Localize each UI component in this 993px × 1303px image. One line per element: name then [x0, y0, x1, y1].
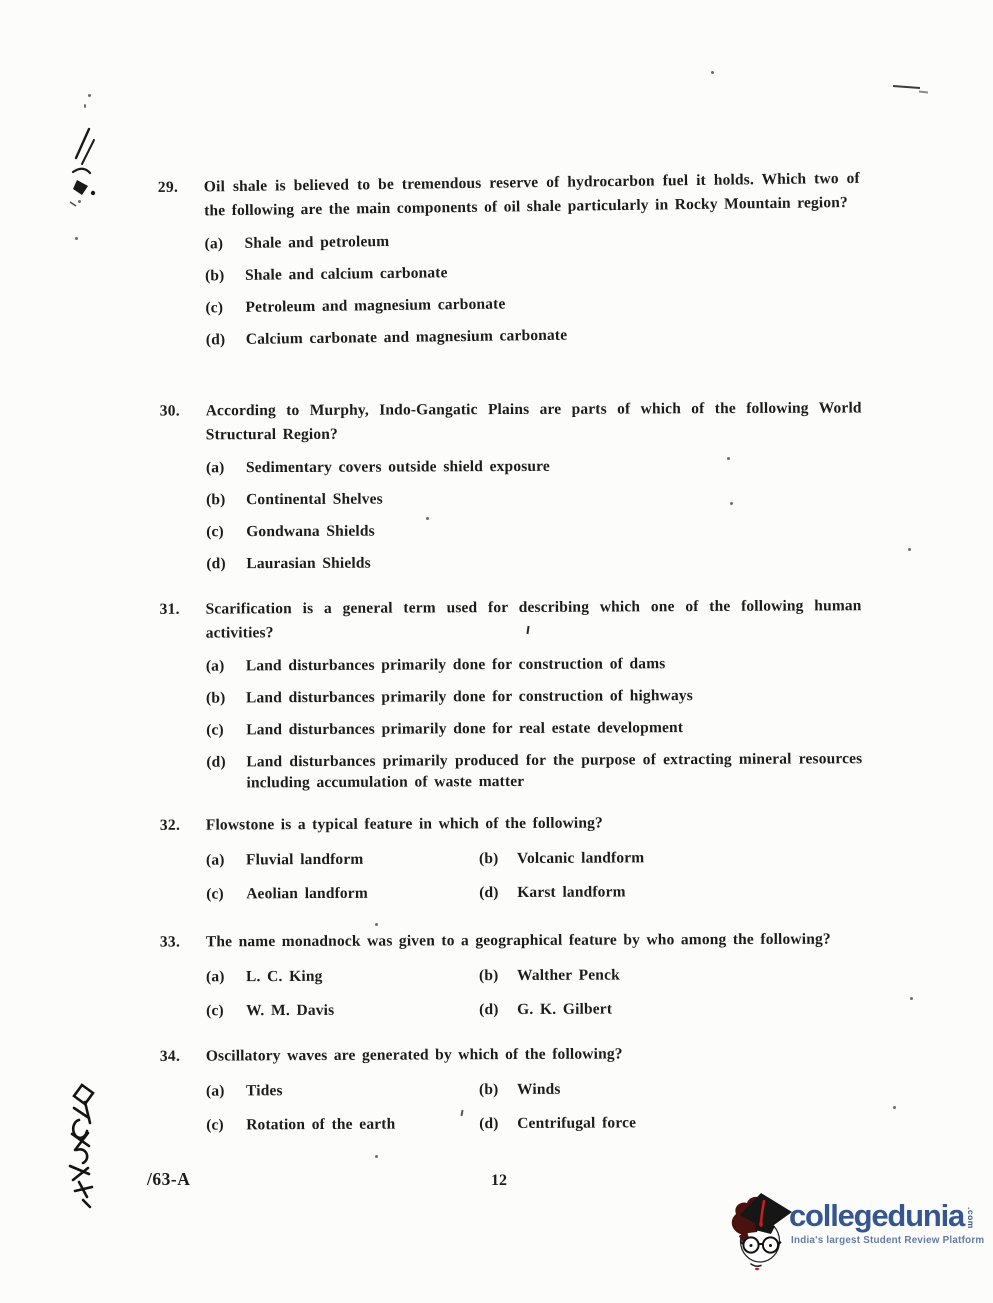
options-list: (a) Shale and petroleum (b) Shale and ca…: [204, 225, 861, 351]
option-text: Land disturbances primarily done for con…: [246, 652, 862, 676]
option-b-text: Walther Penck: [517, 964, 862, 986]
options-grid: (a) Tides (b) Winds (c) Rotation of the …: [206, 1078, 862, 1135]
option-text: Calcium carbonate and magnesium carbonat…: [246, 321, 862, 350]
option-b-text: Winds: [517, 1078, 862, 1100]
option-c: (c) Petroleum and magnesium carbonate: [205, 289, 861, 319]
question-text: Oscillatory waves are generated by which…: [206, 1041, 862, 1068]
ink-smudge-top-left: [62, 122, 114, 210]
option-b-label: (b): [479, 1079, 517, 1099]
question-text: Oil shale is believed to be tremendous r…: [204, 167, 861, 223]
question-number: 31.: [159, 598, 206, 794]
pen-dash-top-right: [893, 85, 920, 89]
question-34: 34. Oscillatory waves are generated by w…: [160, 1041, 862, 1135]
option-c: (c) Land disturbances primarily done for…: [206, 716, 862, 740]
pen-dash-tail: [919, 91, 928, 93]
option-text: Land disturbances primarily done for con…: [246, 684, 862, 708]
collegedunia-logo: collegedunia .com India's largest Studen…: [727, 1192, 991, 1280]
scan-speck: [893, 1106, 896, 1109]
question-number: 30.: [160, 399, 207, 574]
option-b: (b) Land disturbances primarily done for…: [206, 684, 862, 708]
option-a-label: (a): [206, 1081, 246, 1101]
handwriting-scribble-bottom-left: [52, 1078, 118, 1212]
option-text: Shale and petroleum: [244, 225, 860, 254]
option-d: (d) Laurasian Shields: [206, 550, 862, 574]
option-label: (b): [206, 489, 246, 510]
option-d-text: Karst landform: [517, 881, 862, 903]
option-d: (d) Calcium carbonate and magnesium carb…: [206, 321, 862, 351]
option-a-text: Fluvial landform: [246, 849, 479, 870]
option-a-text: Tides: [246, 1080, 479, 1101]
scan-speck: [84, 104, 86, 108]
scanned-exam-page: 29. Oil shale is believed to be tremendo…: [0, 0, 993, 1303]
options-list: (a) Land disturbances primarily done for…: [206, 652, 863, 793]
scan-speck: [375, 1155, 378, 1158]
option-text: Shale and calcium carbonate: [245, 257, 861, 286]
option-d-label: (d): [479, 882, 517, 902]
brand-tld: .com: [966, 1207, 976, 1229]
option-b: (b) Continental Shelves: [206, 486, 862, 510]
question-body: According to Murphy, Indo-Gangatic Plain…: [206, 396, 863, 574]
scan-speck: [375, 923, 378, 926]
question-31: 31. Scarification is a general term used…: [159, 594, 862, 794]
question-text: Scarification is a general term used for…: [205, 594, 861, 644]
logo-text: collegedunia .com India's largest Studen…: [789, 1200, 984, 1246]
option-c-label: (c): [206, 1001, 246, 1021]
option-label: (d): [206, 751, 246, 793]
scan-speck: [910, 997, 913, 1000]
question-number: 34.: [160, 1045, 206, 1136]
scan-speck: [730, 502, 733, 505]
option-d-label: (d): [479, 999, 517, 1019]
option-label: (c): [205, 297, 245, 319]
option-c-label: (c): [206, 884, 246, 904]
question-29: 29. Oil shale is believed to be tremendo…: [158, 167, 862, 351]
option-a: (a) Shale and petroleum: [204, 225, 860, 255]
option-a-text: L. C. King: [246, 966, 479, 987]
scan-speck: [78, 200, 81, 203]
question-body: The name monadnock was given to a geogra…: [206, 927, 862, 1020]
option-text: Laurasian Shields: [246, 550, 862, 574]
option-text: Continental Shelves: [246, 486, 862, 510]
question-30: 30. According to Murphy, Indo-Gangatic P…: [160, 396, 863, 574]
option-label: (a): [206, 655, 246, 676]
question-text: According to Murphy, Indo-Gangatic Plain…: [206, 396, 862, 446]
scan-speck: [426, 517, 429, 520]
option-text: Land disturbances primarily done for rea…: [246, 716, 862, 740]
option-label: (a): [204, 233, 244, 255]
option-d: (d) Land disturbances primarily produced…: [206, 748, 862, 793]
question-number: 33.: [160, 930, 206, 1021]
scan-speck: [88, 94, 91, 97]
option-c-text: Aeolian landform: [246, 883, 479, 904]
option-c-label: (c): [206, 1115, 246, 1135]
option-d-label: (d): [479, 1113, 517, 1133]
option-b-label: (b): [479, 848, 517, 868]
question-body: Flowstone is a typical feature in which …: [206, 810, 862, 904]
scan-speck: [75, 237, 78, 240]
option-c-text: W. M. Davis: [246, 1000, 479, 1021]
scan-speck: [711, 71, 714, 74]
option-label: (d): [206, 329, 246, 351]
brand-name: collegedunia: [789, 1200, 964, 1232]
scan-speck: [908, 548, 911, 551]
scan-speck: [727, 457, 730, 460]
option-a-label: (a): [206, 967, 246, 987]
question-text: Flowstone is a typical feature in which …: [206, 810, 862, 837]
option-text: Petroleum and magnesium carbonate: [245, 289, 861, 318]
option-d-text: G. K. Gilbert: [517, 998, 862, 1020]
question-33: 33. The name monadnock was given to a ge…: [160, 927, 862, 1021]
brand-tagline: India's largest Student Review Platform: [791, 1235, 984, 1246]
question-number: 29.: [158, 175, 206, 351]
option-b: (b) Shale and calcium carbonate: [205, 257, 861, 287]
question-body: Oscillatory waves are generated by which…: [206, 1041, 862, 1135]
question-body: Oil shale is believed to be tremendous r…: [204, 167, 862, 351]
option-label: (d): [206, 553, 246, 574]
option-a: (a) Land disturbances primarily done for…: [206, 652, 862, 676]
options-grid: (a) L. C. King (b) Walther Penck (c) W. …: [206, 964, 862, 1021]
option-a-label: (a): [206, 850, 246, 870]
option-label: (b): [206, 687, 246, 708]
question-number: 32.: [160, 814, 206, 905]
question-32: 32. Flowstone is a typical feature in wh…: [160, 810, 862, 904]
question-text: The name monadnock was given to a geogra…: [206, 927, 862, 953]
option-d-text: Centrifugal force: [517, 1112, 862, 1134]
option-b-text: Volcanic landform: [517, 847, 862, 869]
option-b-label: (b): [479, 965, 517, 985]
booklet-code: /63-A: [147, 1169, 190, 1190]
options-grid: (a) Fluvial landform (b) Volcanic landfo…: [206, 847, 862, 904]
option-label: (a): [206, 457, 246, 478]
option-label: (c): [206, 719, 246, 740]
option-text: Sedimentary covers outside shield exposu…: [246, 454, 862, 478]
option-label: (b): [205, 265, 245, 287]
collegedunia-mascot-icon: [727, 1192, 793, 1274]
option-c-text: Rotation of the earth: [246, 1114, 479, 1135]
options-list: (a) Sedimentary covers outside shield ex…: [206, 454, 863, 574]
option-a: (a) Sedimentary covers outside shield ex…: [206, 454, 862, 478]
question-body: Scarification is a general term used for…: [205, 594, 862, 793]
page-number: 12: [491, 1172, 507, 1190]
option-c: (c) Gondwana Shields: [206, 518, 862, 542]
option-text: Gondwana Shields: [246, 518, 862, 542]
option-text: Land disturbances primarily produced for…: [246, 748, 862, 793]
option-label: (c): [206, 521, 246, 542]
